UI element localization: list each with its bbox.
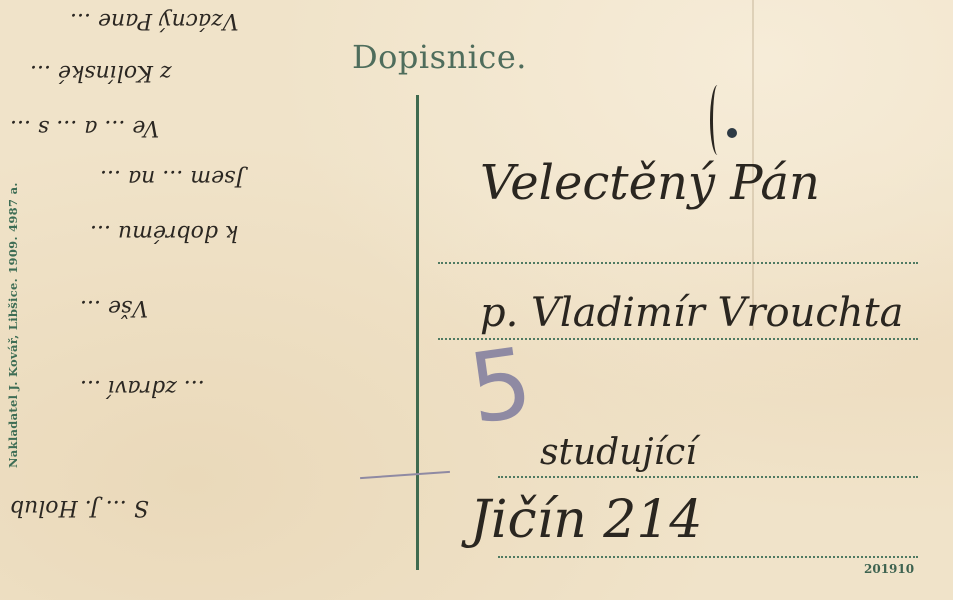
postcard: Dopisnice. Nakladatel J. Kovář, Libšice.… [0,0,953,600]
address-line-3: studující [540,432,697,473]
handwritten-message: Vzácný Pane ... z Kolínské ... Ve ... a … [10,0,410,560]
message-line: z Kolínské ... [30,60,172,85]
address-line-1: Velectěný Pán [480,155,820,211]
message-line: k dobrému ... [90,220,238,245]
ink-blot [727,128,737,138]
address-dotline-4 [498,556,918,558]
vertical-divider [416,95,419,570]
address-line-2: p. Vladimír Vrouchta [480,290,903,336]
address-dotline-1 [438,262,918,264]
message-line: Ve ... a ... s ... [10,115,159,140]
message-line: Vše ... [80,295,148,320]
pencil-number: 5 [463,326,539,445]
postmark-fragment [710,85,725,155]
message-line: ... zdraví ... [80,375,205,400]
address-dotline-3 [498,476,918,478]
serial-number: 201910 [864,562,914,576]
message-line: S ... J. Holub [10,495,149,520]
message-line: Vzácný Pane ... [70,8,239,33]
message-line: Jsem ... na ... [100,165,244,190]
address-line-4: Jičín 214 [470,490,703,550]
